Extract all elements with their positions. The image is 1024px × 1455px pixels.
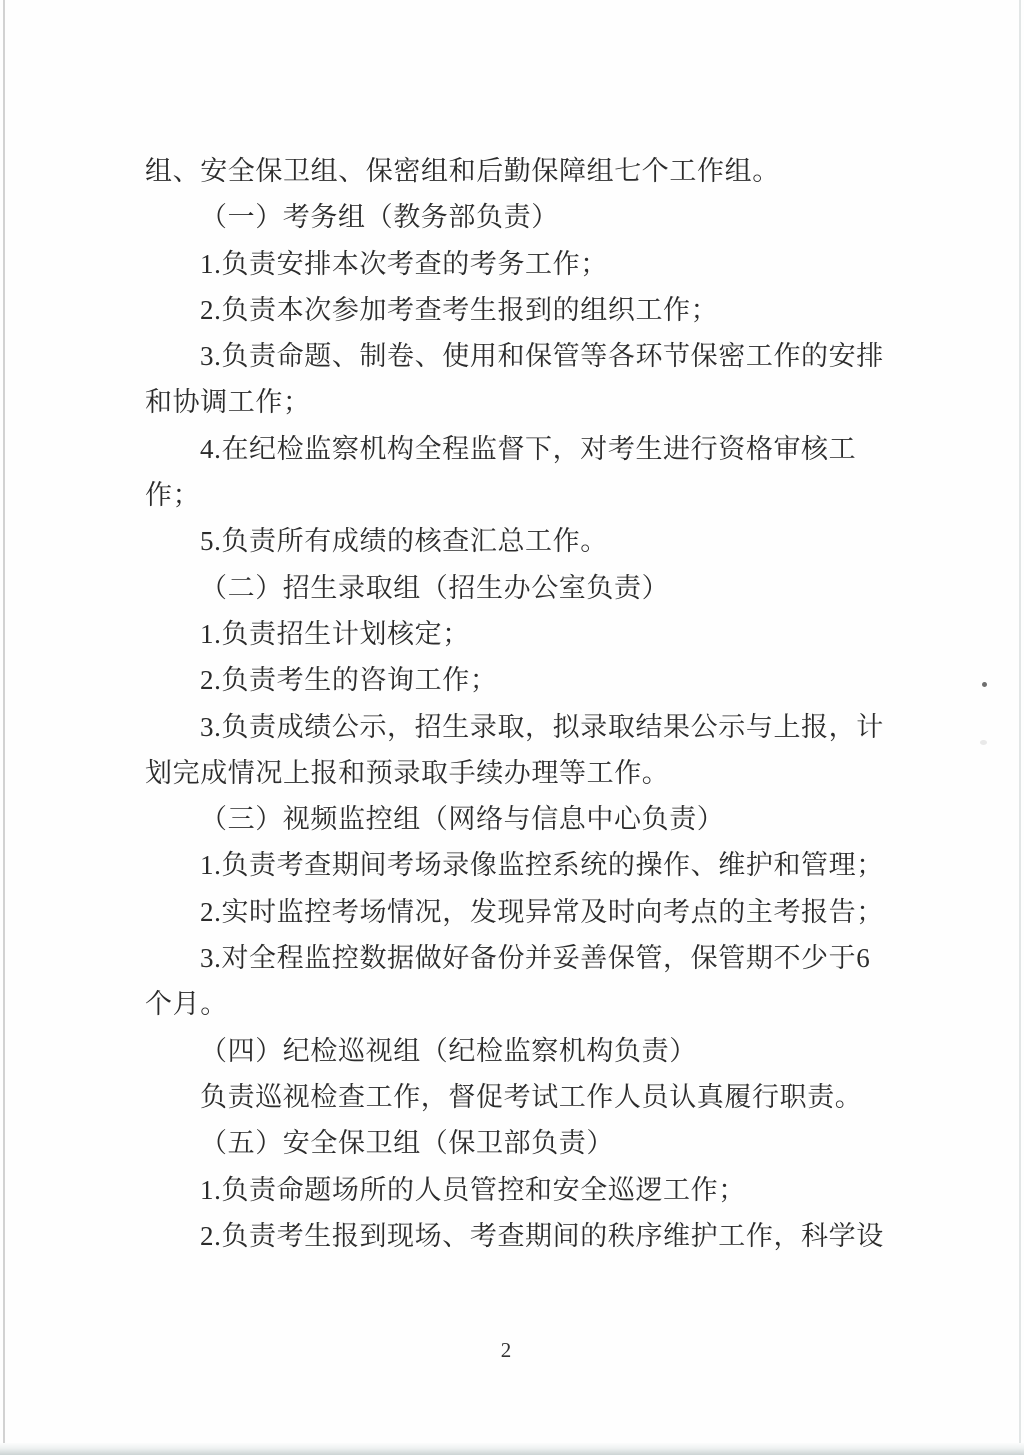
text-line: 3.负责成绩公示，招生录取，拟录取结果公示与上报，计 (145, 704, 907, 750)
text-line: （四）纪检巡视组（纪检监察机构负责） (145, 1028, 907, 1074)
text-line: 1.负责安排本次考查的考务工作； (145, 241, 907, 287)
scan-edge-right-line (1019, 0, 1021, 1455)
text-line: 4.在纪检监察机构全程监督下，对考生进行资格审核工 (145, 426, 907, 472)
text-line: （一）考务组（教务部负责） (145, 194, 907, 240)
scan-edge-left-line (3, 0, 5, 1455)
text-line: 1.负责命题场所的人员管控和安全巡逻工作； (145, 1167, 907, 1213)
text-line: 划完成情况上报和预录取手续办理等工作。 (145, 750, 907, 796)
text-line: 组、安全保卫组、保密组和后勤保障组七个工作组。 (145, 148, 907, 194)
text-line: 2.负责本次参加考查考生报到的组织工作； (145, 287, 907, 333)
scan-artifact-dot (982, 682, 987, 687)
text-line: 3.负责命题、制卷、使用和保管等各环节保密工作的安排 (145, 333, 907, 379)
text-line: 1.负责招生计划核定； (145, 611, 907, 657)
text-line: 2.负责考生的咨询工作； (145, 657, 907, 703)
page-number: 2 (0, 1338, 1012, 1363)
text-line: 2.实时监控考场情况，发现异常及时向考点的主考报告； (145, 889, 907, 935)
text-line: （二）招生录取组（招生办公室负责） (145, 565, 907, 611)
text-line: 个月。 (145, 981, 907, 1027)
text-line: 负责巡视检查工作，督促考试工作人员认真履行职责。 (145, 1074, 907, 1120)
text-line: 3.对全程监控数据做好备份并妥善保管，保管期不少于6 (145, 935, 907, 981)
text-line: （三）视频监控组（网络与信息中心负责） (145, 796, 907, 842)
document-body: 组、安全保卫组、保密组和后勤保障组七个工作组。（一）考务组（教务部负责）1.负责… (145, 148, 907, 1259)
text-line: 2.负责考生报到现场、考查期间的秩序维护工作，科学设 (145, 1213, 907, 1259)
scan-bottom-edge-shadow (0, 1443, 1024, 1455)
text-line: 和协调工作； (145, 379, 907, 425)
text-line: （五）安全保卫组（保卫部负责） (145, 1120, 907, 1166)
text-line: 5.负责所有成绩的核查汇总工作。 (145, 518, 907, 564)
text-line: 作； (145, 472, 907, 518)
scan-artifact-dot (980, 740, 987, 745)
scanned-document-page: 组、安全保卫组、保密组和后勤保障组七个工作组。（一）考务组（教务部负责）1.负责… (0, 0, 1024, 1455)
text-line: 1.负责考查期间考场录像监控系统的操作、维护和管理； (145, 842, 907, 888)
